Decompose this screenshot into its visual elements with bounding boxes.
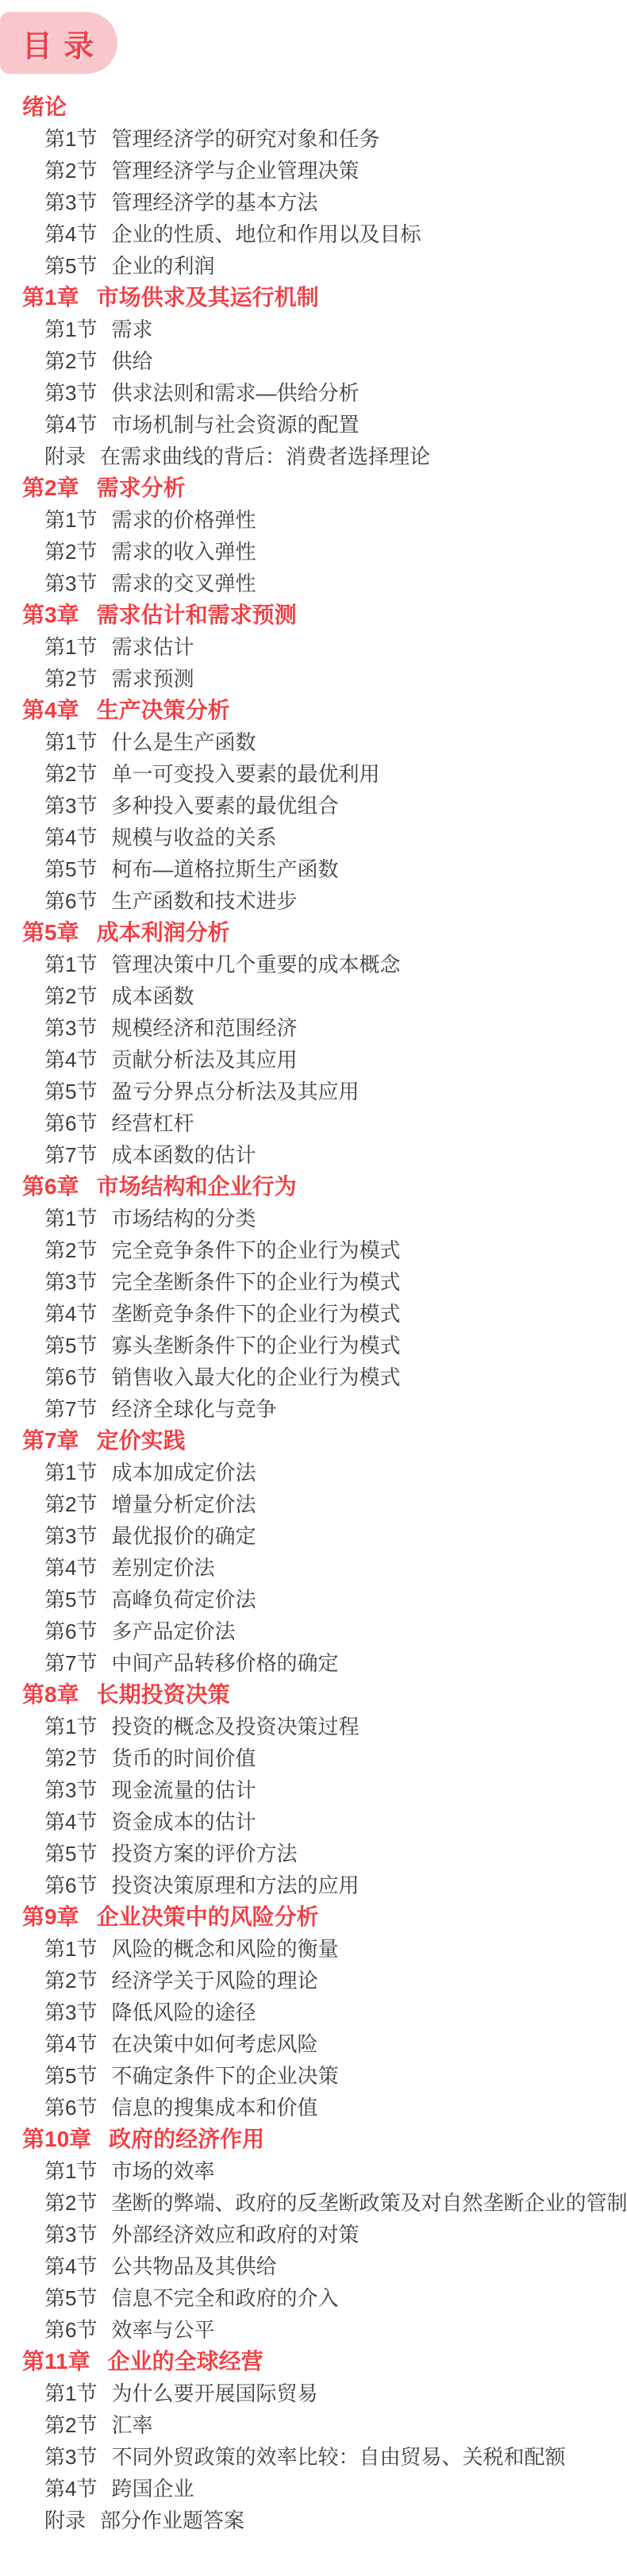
section-title: 在决策中如何考虑风险 [111, 2028, 317, 2058]
section-title: 跨国企业 [111, 2473, 194, 2502]
section-title: 管理决策中几个重要的成本概念 [111, 949, 400, 978]
section-title: 需求 [111, 314, 152, 343]
section-row: 第5节投资方案的评价方法 [0, 1836, 627, 1868]
section-title: 什么是生产函数 [111, 726, 256, 756]
section-label: 第6节 [44, 1615, 97, 1645]
section-label: 第3节 [44, 2219, 97, 2248]
section-label: 第4节 [44, 409, 97, 438]
chapter-row: 第3章需求估计和需求预测 [0, 598, 627, 630]
section-label: 第2节 [44, 1742, 97, 1772]
chapter-row: 第9章企业决策中的风险分析 [0, 1900, 627, 1931]
section-label: 第3节 [44, 1774, 97, 1804]
section-title: 寡头垄断条件下的企业行为模式 [111, 1330, 400, 1359]
section-label: 第4节 [44, 1552, 97, 1581]
section-row: 第3节规模经济和范围经济 [0, 1011, 627, 1042]
section-title: 供给 [111, 345, 152, 375]
section-row: 第4节规模与收益的关系 [0, 820, 627, 852]
section-row: 第4节资金成本的估计 [0, 1804, 627, 1836]
section-row: 第1节成本加成定价法 [0, 1455, 627, 1487]
section-label: 第1节 [44, 2155, 97, 2185]
section-label: 第5节 [44, 2060, 97, 2089]
section-row: 第7节中间产品转移价格的确定 [0, 1646, 627, 1677]
section-row: 第1节风险的概念和风险的衡量 [0, 1931, 627, 1963]
section-row: 第2节需求的收入弹性 [0, 534, 627, 566]
section-title: 市场机制与社会资源的配置 [111, 409, 359, 438]
section-row: 附录部分作业题答案 [0, 2503, 627, 2535]
section-row: 第3节完全垄断条件下的企业行为模式 [0, 1265, 627, 1296]
section-title: 需求的收入弹性 [111, 536, 256, 565]
section-label: 第2节 [44, 1234, 97, 1264]
section-title: 高峰负荷定价法 [111, 1584, 256, 1613]
section-row: 第5节盈亏分界点分析法及其应用 [0, 1074, 627, 1106]
section-row: 第2节经济学关于风险的理论 [0, 1963, 627, 1995]
section-label: 第1节 [44, 949, 97, 978]
section-label: 第2节 [44, 155, 97, 184]
section-row: 第2节管理经济学与企业管理决策 [0, 153, 627, 185]
chapter-row: 第7章定价实践 [0, 1423, 627, 1455]
section-row: 第5节高峰负荷定价法 [0, 1582, 627, 1614]
section-row: 第1节什么是生产函数 [0, 725, 627, 757]
section-label: 第4节 [44, 1044, 97, 1073]
section-row: 第1节需求的价格弹性 [0, 502, 627, 534]
chapter-row: 绪论 [0, 90, 627, 121]
section-label: 第5节 [44, 1330, 97, 1359]
section-label: 第5节 [44, 853, 97, 883]
chapter-label: 第2章 [22, 471, 79, 502]
section-label: 第4节 [44, 2028, 97, 2058]
section-row: 第6节多产品定价法 [0, 1614, 627, 1646]
section-label: 第6节 [44, 1361, 97, 1391]
chapter-title: 市场供求及其运行机制 [97, 280, 319, 312]
section-label: 第2节 [44, 345, 97, 375]
section-label: 第4节 [44, 2251, 97, 2280]
section-row: 第4节在决策中如何考虑风险 [0, 2027, 627, 2058]
section-label: 第1节 [44, 1457, 97, 1486]
toc-list: 绪论第1节管理经济学的研究对象和任务第2节管理经济学与企业管理决策第3节管理经济… [0, 90, 627, 2535]
section-title: 公共物品及其供给 [111, 2251, 276, 2280]
toc-page: 目 录 绪论第1节管理经济学的研究对象和任务第2节管理经济学与企业管理决策第3节… [0, 12, 627, 2576]
section-title: 降低风险的途径 [111, 1996, 256, 2026]
section-label: 第2节 [44, 2187, 97, 2216]
section-row: 第7节成本函数的估计 [0, 1138, 627, 1169]
section-row: 第4节垄断竞争条件下的企业行为模式 [0, 1296, 627, 1328]
section-label: 第6节 [44, 1869, 97, 1899]
section-row: 第3节降低风险的途径 [0, 1995, 627, 2027]
section-label: 第3节 [44, 377, 97, 406]
section-row: 第3节需求的交叉弹性 [0, 566, 627, 598]
chapter-label: 第1章 [22, 280, 79, 312]
section-title: 经营杠杆 [111, 1107, 194, 1137]
section-title: 需求的价格弹性 [111, 504, 256, 533]
section-title: 多产品定价法 [111, 1615, 235, 1645]
section-title: 完全垄断条件下的企业行为模式 [111, 1266, 400, 1296]
section-label: 第7节 [44, 1139, 97, 1169]
section-label: 第2节 [44, 2409, 97, 2439]
section-row: 第3节多种投入要素的最优组合 [0, 788, 627, 820]
section-title: 外部经济效应和政府的对策 [111, 2219, 359, 2248]
section-row: 第2节货币的时间价值 [0, 1741, 627, 1773]
section-title: 单一可变投入要素的最优利用 [111, 758, 379, 787]
section-title: 信息不完全和政府的介入 [111, 2282, 338, 2312]
section-title: 盈亏分界点分析法及其应用 [111, 1076, 359, 1105]
section-row: 第2节需求预测 [0, 661, 627, 693]
chapter-label: 第10章 [22, 2122, 91, 2154]
section-title: 在需求曲线的背后：消费者选择理论 [100, 441, 430, 470]
section-row: 第5节企业的利润 [0, 248, 627, 280]
section-title: 贡献分析法及其应用 [111, 1044, 297, 1073]
section-row: 第1节市场结构的分类 [0, 1201, 627, 1233]
section-title: 企业的性质、地位和作用以及目标 [111, 218, 421, 248]
section-label: 第5节 [44, 1584, 97, 1613]
section-label: 第1节 [44, 504, 97, 533]
chapter-row: 第5章成本利润分析 [0, 915, 627, 947]
section-row: 第5节柯布—道格拉斯生产函数 [0, 852, 627, 884]
section-label: 第7节 [44, 1647, 97, 1677]
section-label: 第6节 [44, 2314, 97, 2343]
section-label: 第6节 [44, 2092, 97, 2121]
section-title: 垄断竞争条件下的企业行为模式 [111, 1298, 400, 1327]
section-title: 经济学关于风险的理论 [111, 1965, 317, 1994]
section-label: 第2节 [44, 980, 97, 1010]
section-row: 第6节效率与公平 [0, 2312, 627, 2344]
section-label: 第3节 [44, 1266, 97, 1296]
section-row: 第3节不同外贸政策的效率比较：自由贸易、关税和配额 [0, 2439, 627, 2471]
section-title: 最优报价的确定 [111, 1520, 256, 1550]
section-title: 不确定条件下的企业决策 [111, 2060, 338, 2089]
section-row: 第1节管理经济学的研究对象和任务 [0, 121, 627, 153]
section-row: 第6节销售收入最大化的企业行为模式 [0, 1360, 627, 1392]
chapter-title: 长期投资决策 [97, 1677, 230, 1709]
section-title: 增量分析定价法 [111, 1488, 256, 1518]
section-row: 第6节生产函数和技术进步 [0, 884, 627, 915]
section-title: 现金流量的估计 [111, 1774, 256, 1804]
section-row: 第1节需求估计 [0, 630, 627, 661]
section-title: 投资方案的评价方法 [111, 1838, 297, 1867]
section-label: 第3节 [44, 2441, 97, 2470]
section-row: 第2节汇率 [0, 2408, 627, 2439]
section-label: 第2节 [44, 758, 97, 787]
section-row: 第5节寡头垄断条件下的企业行为模式 [0, 1328, 627, 1360]
section-title: 不同外贸政策的效率比较：自由贸易、关税和配额 [111, 2441, 565, 2470]
chapter-label: 第8章 [22, 1677, 79, 1709]
chapter-title: 政府的经济作用 [109, 2122, 264, 2154]
section-title: 货币的时间价值 [111, 1742, 256, 1772]
section-row: 第4节差别定价法 [0, 1550, 627, 1582]
chapter-label: 绪论 [22, 90, 67, 121]
chapter-title: 需求分析 [97, 471, 186, 502]
section-label: 第1节 [44, 2378, 97, 2407]
chapter-label: 第3章 [22, 598, 79, 630]
section-row: 第6节经营杠杆 [0, 1106, 627, 1138]
toc-title-badge: 目 录 [0, 12, 117, 74]
section-row: 第4节贡献分析法及其应用 [0, 1042, 627, 1074]
section-title: 汇率 [111, 2409, 152, 2439]
section-title: 需求估计 [111, 631, 194, 660]
section-row: 第7节经济全球化与竞争 [0, 1392, 627, 1423]
section-row: 第1节需求 [0, 312, 627, 344]
chapter-title: 市场结构和企业行为 [97, 1169, 297, 1201]
section-row: 第2节供给 [0, 344, 627, 375]
chapter-label: 第9章 [22, 1900, 79, 1931]
section-label: 第1节 [44, 123, 97, 152]
section-label: 第5节 [44, 250, 97, 279]
section-label: 附录 [44, 441, 86, 470]
section-label: 第1节 [44, 631, 97, 660]
chapter-row: 第4章生产决策分析 [0, 693, 627, 725]
section-title: 成本加成定价法 [111, 1457, 256, 1486]
section-label: 第5节 [44, 1076, 97, 1105]
chapter-title: 定价实践 [97, 1423, 186, 1455]
section-title: 管理经济学的研究对象和任务 [111, 123, 379, 152]
section-row: 第1节管理决策中几个重要的成本概念 [0, 947, 627, 979]
section-title: 投资决策原理和方法的应用 [111, 1869, 359, 1899]
section-title: 投资的概念及投资决策过程 [111, 1711, 359, 1740]
section-title: 垄断的弊端、政府的反垄断政策及对自然垄断企业的管制 [111, 2187, 627, 2216]
section-title: 规模与收益的关系 [111, 822, 276, 851]
section-row: 第4节企业的性质、地位和作用以及目标 [0, 217, 627, 248]
section-label: 第6节 [44, 885, 97, 914]
chapter-row: 第10章政府的经济作用 [0, 2122, 627, 2154]
section-title: 需求预测 [111, 663, 194, 692]
chapter-title: 生产决策分析 [97, 693, 230, 725]
chapter-title: 需求估计和需求预测 [97, 598, 297, 630]
section-row: 第3节现金流量的估计 [0, 1773, 627, 1804]
section-row: 第2节成本函数 [0, 979, 627, 1011]
chapter-label: 第7章 [22, 1423, 79, 1455]
chapter-label: 第11章 [22, 2344, 90, 2376]
section-label: 第4节 [44, 218, 97, 248]
chapter-row: 第8章长期投资决策 [0, 1677, 627, 1709]
section-row: 第6节信息的搜集成本和价值 [0, 2090, 627, 2122]
section-row: 第2节完全竞争条件下的企业行为模式 [0, 1233, 627, 1265]
chapter-label: 第6章 [22, 1169, 79, 1201]
section-row: 第2节增量分析定价法 [0, 1487, 627, 1519]
section-row: 第1节市场的效率 [0, 2154, 627, 2185]
section-label: 第4节 [44, 2473, 97, 2502]
section-title: 效率与公平 [111, 2314, 214, 2343]
section-row: 第3节外部经济效应和政府的对策 [0, 2217, 627, 2249]
section-title: 成本函数的估计 [111, 1139, 256, 1169]
toc-title: 目 录 [22, 21, 96, 65]
section-row: 第2节垄断的弊端、政府的反垄断政策及对自然垄断企业的管制 [0, 2185, 627, 2217]
section-label: 第1节 [44, 1711, 97, 1740]
section-label: 第1节 [44, 1933, 97, 1962]
chapter-row: 第1章市场供求及其运行机制 [0, 280, 627, 312]
section-row: 第3节最优报价的确定 [0, 1519, 627, 1550]
section-title: 管理经济学的基本方法 [111, 187, 317, 216]
section-title: 生产函数和技术进步 [111, 885, 297, 914]
section-label: 第7节 [44, 1393, 97, 1423]
section-title: 企业的利润 [111, 250, 214, 279]
chapter-row: 第2章需求分析 [0, 471, 627, 502]
section-label: 第3节 [44, 1996, 97, 2026]
section-title: 销售收入最大化的企业行为模式 [111, 1361, 400, 1391]
chapter-label: 第4章 [22, 693, 79, 725]
section-row: 第3节供求法则和需求—供给分析 [0, 375, 627, 407]
section-title: 为什么要开展国际贸易 [111, 2378, 317, 2407]
section-row: 第2节单一可变投入要素的最优利用 [0, 757, 627, 788]
section-title: 管理经济学与企业管理决策 [111, 155, 359, 184]
section-label: 第3节 [44, 568, 97, 597]
section-label: 第3节 [44, 1520, 97, 1550]
section-row: 第1节为什么要开展国际贸易 [0, 2376, 627, 2408]
section-title: 差别定价法 [111, 1552, 214, 1581]
section-row: 第1节投资的概念及投资决策过程 [0, 1709, 627, 1741]
section-label: 第4节 [44, 1806, 97, 1835]
section-row: 第5节信息不完全和政府的介入 [0, 2281, 627, 2312]
section-title: 成本函数 [111, 980, 194, 1010]
section-title: 资金成本的估计 [111, 1806, 256, 1835]
section-label: 第2节 [44, 663, 97, 692]
section-title: 中间产品转移价格的确定 [111, 1647, 338, 1677]
section-row: 第6节投资决策原理和方法的应用 [0, 1868, 627, 1900]
section-title: 信息的搜集成本和价值 [111, 2092, 317, 2121]
section-row: 第4节跨国企业 [0, 2471, 627, 2503]
section-label: 第1节 [44, 726, 97, 756]
chapter-row: 第6章市场结构和企业行为 [0, 1169, 627, 1201]
section-label: 第4节 [44, 822, 97, 851]
section-label: 第1节 [44, 1203, 97, 1232]
section-title: 市场结构的分类 [111, 1203, 256, 1232]
section-row: 第3节管理经济学的基本方法 [0, 185, 627, 217]
section-label: 第5节 [44, 2282, 97, 2312]
section-label: 第6节 [44, 1107, 97, 1137]
section-title: 部分作业题答案 [100, 2505, 244, 2534]
section-row: 第4节市场机制与社会资源的配置 [0, 407, 627, 439]
section-title: 多种投入要素的最优组合 [111, 790, 338, 819]
section-title: 柯布—道格拉斯生产函数 [111, 853, 338, 883]
section-title: 经济全球化与竞争 [111, 1393, 276, 1423]
chapter-label: 第5章 [22, 915, 79, 947]
chapter-title: 企业的全球经营 [108, 2344, 263, 2376]
chapter-title: 成本利润分析 [97, 915, 230, 947]
section-title: 市场的效率 [111, 2155, 214, 2185]
section-title: 规模经济和范围经济 [111, 1012, 297, 1042]
section-label: 第3节 [44, 1012, 97, 1042]
section-label: 第2节 [44, 1965, 97, 1994]
chapter-row: 第11章企业的全球经营 [0, 2344, 627, 2376]
section-title: 完全竞争条件下的企业行为模式 [111, 1234, 400, 1264]
section-title: 风险的概念和风险的衡量 [111, 1933, 338, 1962]
section-label: 第3节 [44, 790, 97, 819]
chapter-title: 企业决策中的风险分析 [97, 1900, 319, 1931]
section-label: 第5节 [44, 1838, 97, 1867]
section-label: 附录 [44, 2505, 86, 2534]
section-row: 第5节不确定条件下的企业决策 [0, 2058, 627, 2090]
section-label: 第4节 [44, 1298, 97, 1327]
section-title: 需求的交叉弹性 [111, 568, 256, 597]
section-label: 第1节 [44, 314, 97, 343]
section-label: 第2节 [44, 1488, 97, 1518]
section-row: 附录在需求曲线的背后：消费者选择理论 [0, 439, 627, 471]
section-title: 供求法则和需求—供给分析 [111, 377, 359, 406]
section-label: 第3节 [44, 187, 97, 216]
section-label: 第2节 [44, 536, 97, 565]
section-row: 第4节公共物品及其供给 [0, 2249, 627, 2281]
